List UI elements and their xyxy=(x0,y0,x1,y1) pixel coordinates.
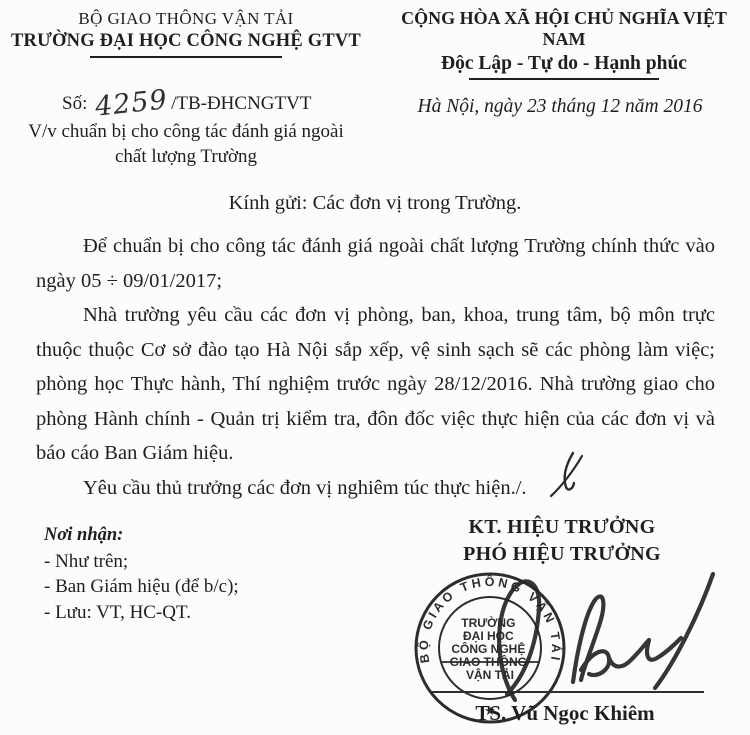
signer-name: TS. Vũ Ngọc Khiêm xyxy=(400,701,730,726)
subject-line2: chất lượng Trường xyxy=(0,144,372,169)
handwritten-reference-number: 4259 xyxy=(94,84,170,122)
salutation: Kính gửi: Các đơn vị trong Trường. xyxy=(0,192,750,215)
national-title: CỘNG HÒA XÃ HỘI CHỦ NGHĨA VIỆT NAM xyxy=(378,8,750,50)
body-paragraph-1: Để chuẩn bị cho công tác đánh giá ngoài … xyxy=(36,229,715,298)
letter-body: Để chuẩn bị cho công tác đánh giá ngoài … xyxy=(36,229,715,505)
issuing-agency-block: BỘ GIAO THÔNG VẬN TẢI TRƯỜNG ĐẠI HỌC CÔN… xyxy=(0,9,372,58)
signing-title-line1: KT. HIỆU TRƯỞNG xyxy=(392,514,732,541)
body-paragraph-3: Yêu cầu thủ trưởng các đơn vị nghiêm túc… xyxy=(36,471,715,506)
national-header-block: CỘNG HÒA XÃ HỘI CHỦ NGHĨA VIỆT NAM Độc L… xyxy=(378,8,750,80)
recipients-block: Nơi nhận: - Như trên; - Ban Giám hiệu (đ… xyxy=(44,523,239,625)
subject-line1: V/v chuẩn bị cho công tác đánh giá ngoài xyxy=(0,119,372,144)
ministry-name: BỘ GIAO THÔNG VẬN TẢI xyxy=(0,9,372,29)
recipient-item-2: - Ban Giám hiệu (để b/c); xyxy=(44,574,239,600)
subject-block: V/v chuẩn bị cho công tác đánh giá ngoài… xyxy=(0,119,372,169)
reference-number-line: Số: 4259 /TB-ĐHCNGTVT xyxy=(62,88,311,119)
handwritten-initial-mark xyxy=(543,447,588,499)
motto-underline xyxy=(469,78,659,80)
handwritten-signature xyxy=(455,552,730,707)
recipients-title: Nơi nhận: xyxy=(44,523,239,549)
body-paragraph-2: Nhà trường yêu cầu các đơn vị phòng, ban… xyxy=(36,298,715,471)
place-date-line: Hà Nội, ngày 23 tháng 12 năm 2016 xyxy=(380,96,740,118)
university-name: TRƯỜNG ĐẠI HỌC CÔNG NGHỆ GTVT xyxy=(0,31,372,52)
recipient-item-1: - Như trên; xyxy=(44,549,239,575)
reference-label: Số: xyxy=(62,93,87,115)
recipient-item-3: - Lưu: VT, HC-QT. xyxy=(44,600,239,626)
official-letter-scan: BỘ GIAO THÔNG VẬN TẢI TRƯỜNG ĐẠI HỌC CÔN… xyxy=(0,0,750,735)
national-motto: Độc Lập - Tự do - Hạnh phúc xyxy=(378,53,750,75)
reference-code: /TB-ĐHCNGTVT xyxy=(171,93,311,115)
agency-underline xyxy=(90,56,282,58)
